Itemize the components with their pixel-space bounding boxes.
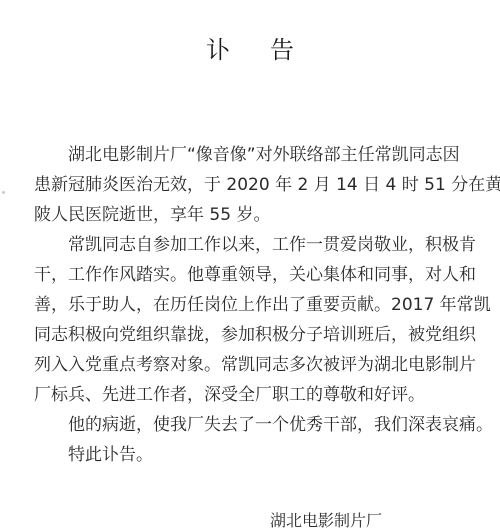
text-line: 患新冠肺炎医治无效，于 2020 年 2 月 14 日 4 时 51 分在黄 [34,170,474,200]
text-line: 湖北电影制片厂“像音像”对外联络部主任常凯同志因 [34,140,474,170]
text-line: 陂人民医院逝世，享年 55 岁。 [34,200,474,230]
text-line: 常凯同志自参加工作以来，工作一贯爱岗敬业，积极肯 [34,230,474,260]
paragraph-tribute: 常凯同志自参加工作以来，工作一贯爱岗敬业，积极肯 干，工作作风踏实。他尊重领导，… [34,230,474,410]
text-line: 特此讣告。 [34,440,474,470]
paragraph-announcement: 湖北电影制片厂“像音像”对外联络部主任常凯同志因 患新冠肺炎医治无效，于 202… [34,140,474,230]
text-line: 列入入党重点考察对象。常凯同志多次被评为湖北电影制片 [34,350,474,380]
paragraph-condolence: 他的病逝，使我厂失去了一个优秀干部，我们深表哀痛。 [34,410,474,440]
text-line: 善，乐于助人，在历任岗位上作出了重要贡献。2017 年常凯 [34,290,474,320]
paragraph-closing: 特此讣告。 [34,440,474,470]
title-char-2: 告 [270,30,294,65]
text-line: 他的病逝，使我厂失去了一个优秀干部，我们深表哀痛。 [34,410,474,440]
signature: 湖北电影制片厂 [270,508,382,531]
text-line: 干，工作作风踏实。他尊重领导，关心集体和同事，对人和 [34,260,474,290]
notice-body: 湖北电影制片厂“像音像”对外联络部主任常凯同志因 患新冠肺炎医治无效，于 202… [34,140,474,470]
notice-title: 讣告 [0,30,500,65]
text-line: 同志积极向党组织靠拢，参加积极分子培训班后，被党组织 [34,320,474,350]
text-line: 厂标兵、先进工作者，深受全厂职工的尊敬和好评。 [34,380,474,410]
scan-speck [2,191,5,194]
title-char-1: 讣 [206,30,230,65]
